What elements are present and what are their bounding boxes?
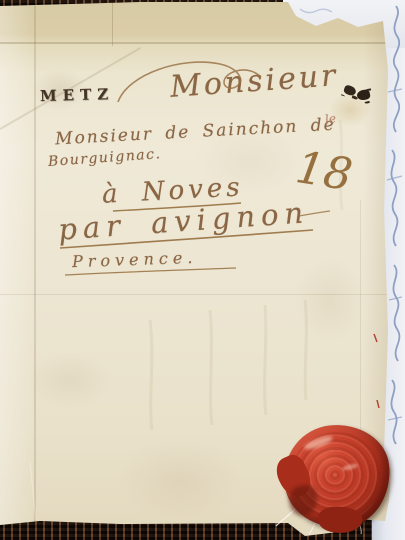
fold-crease-vertical xyxy=(34,0,36,524)
postal-rate-marking: 18 xyxy=(292,142,355,201)
wax-highlight xyxy=(303,434,334,452)
fold-crease-horizontal xyxy=(0,42,390,44)
postmark-metz: METZ xyxy=(40,85,115,105)
wax-shadow xyxy=(288,484,319,517)
wax-highlight xyxy=(342,463,359,472)
photo-of-antique-letter: METZ Monsieur Monsieur de Sainchon de Bo… xyxy=(0,0,405,540)
fold-crease-vertical xyxy=(112,0,113,46)
pencil-mark: le xyxy=(324,111,337,126)
fold-crease-horizontal xyxy=(0,294,388,295)
